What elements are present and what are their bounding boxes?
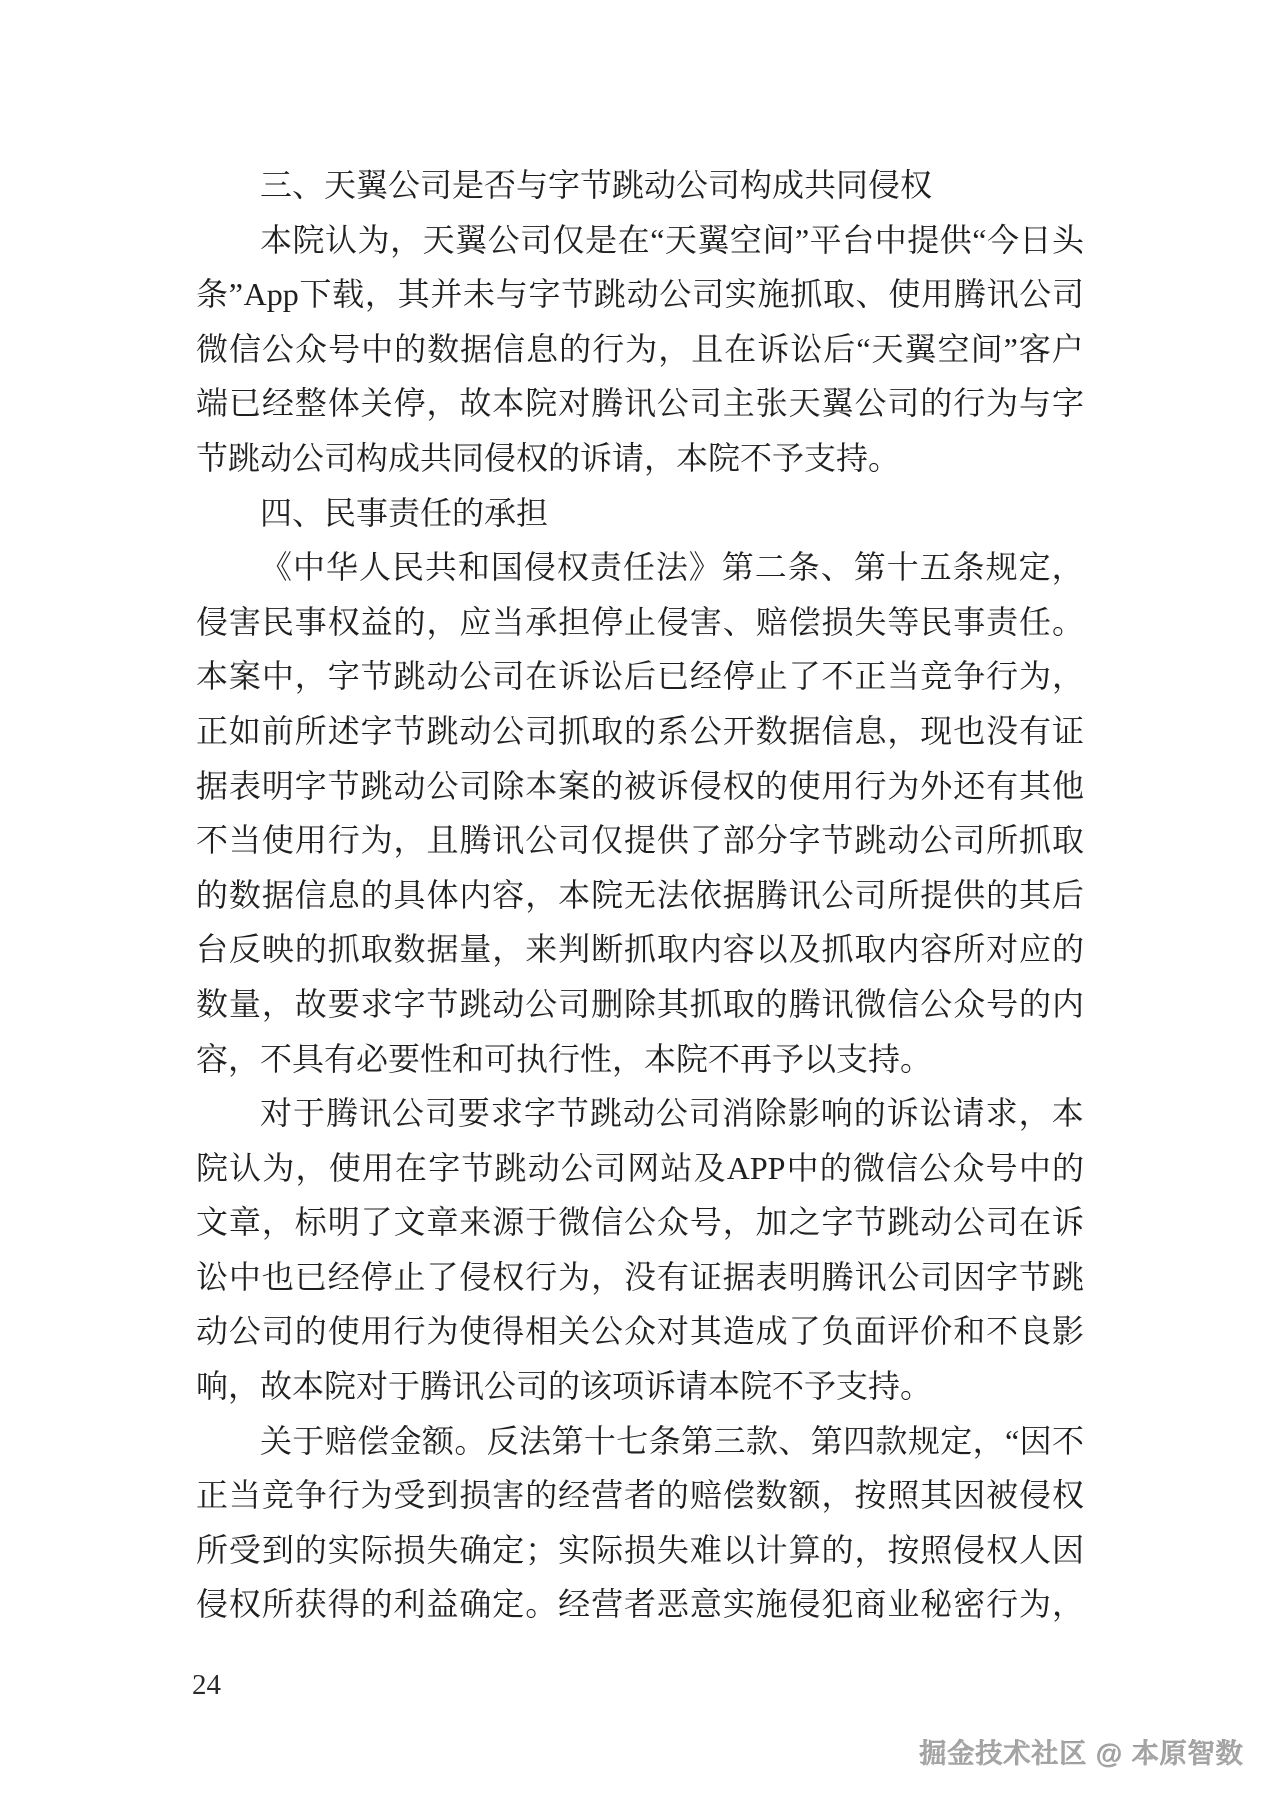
text-line: 动公司的使用行为使得相关公众对其造成了负面评价和不良影 <box>196 1304 1084 1359</box>
text-line: 不当使用行为，且腾讯公司仅提供了部分字节跳动公司所抓取 <box>196 813 1084 868</box>
text-line: 数量，故要求字节跳动公司删除其抓取的腾讯微信公众号的内 <box>196 977 1084 1032</box>
text-line: 文章，标明了文章来源于微信公众号，加之字节跳动公司在诉 <box>196 1195 1084 1250</box>
text-line: 正当竞争行为受到损害的经营者的赔偿数额，按照其因被侵权 <box>196 1468 1084 1523</box>
text-line: 据表明字节跳动公司除本案的被诉侵权的使用行为外还有其他 <box>196 759 1084 814</box>
text-line: 关于赔偿金额。反法第十七条第三款、第四款规定，“因不 <box>196 1414 1084 1469</box>
text-line: 侵权所获得的利益确定。经营者恶意实施侵犯商业秘密行为， <box>196 1577 1084 1632</box>
text-line: 条”App下载，其并未与字节跳动公司实施抓取、使用腾讯公司 <box>196 267 1084 322</box>
watermark-text: 掘金技术社区 @ 本原智数 <box>920 1738 1244 1770</box>
text-line: 的数据信息的具体内容，本院无法依据腾讯公司所提供的其后 <box>196 868 1084 923</box>
text-line: 所受到的实际损失确定；实际损失难以计算的，按照侵权人因 <box>196 1523 1084 1578</box>
text-line: 微信公众号中的数据信息的行为，且在诉讼后“天翼空间”客户 <box>196 322 1084 377</box>
text-line: 讼中也已经停止了侵权行为，没有证据表明腾讯公司因字节跳 <box>196 1250 1084 1305</box>
text-line: 节跳动公司构成共同侵权的诉请，本院不予支持。 <box>196 431 1084 486</box>
text-line: 正如前所述字节跳动公司抓取的系公开数据信息，现也没有证 <box>196 704 1084 759</box>
text-line: 容，不具有必要性和可执行性，本院不再予以支持。 <box>196 1032 1084 1087</box>
document-page: 三、天翼公司是否与字节跳动公司构成共同侵权本院认为，天翼公司仅是在“天翼空间”平… <box>0 0 1280 1810</box>
text-block: 三、天翼公司是否与字节跳动公司构成共同侵权本院认为，天翼公司仅是在“天翼空间”平… <box>196 158 1084 1632</box>
text-line: 院认为，使用在字节跳动公司网站及APP中的微信公众号中的 <box>196 1141 1084 1196</box>
text-line: 台反映的抓取数据量，来判断抓取内容以及抓取内容所对应的 <box>196 922 1084 977</box>
text-line: 本院认为，天翼公司仅是在“天翼空间”平台中提供“今日头 <box>196 213 1084 268</box>
text-line: 《中华人民共和国侵权责任法》第二条、第十五条规定， <box>196 540 1084 595</box>
text-line: 侵害民事权益的，应当承担停止侵害、赔偿损失等民事责任。 <box>196 595 1084 650</box>
text-line: 端已经整体关停，故本院对腾讯公司主张天翼公司的行为与字 <box>196 376 1084 431</box>
heading-line: 四、民事责任的承担 <box>196 486 1084 541</box>
text-line: 对于腾讯公司要求字节跳动公司消除影响的诉讼请求，本 <box>196 1086 1084 1141</box>
text-line: 响，故本院对于腾讯公司的该项诉请本院不予支持。 <box>196 1359 1084 1414</box>
page-number: 24 <box>192 1668 221 1702</box>
text-line: 本案中，字节跳动公司在诉讼后已经停止了不正当竞争行为， <box>196 649 1084 704</box>
heading-line: 三、天翼公司是否与字节跳动公司构成共同侵权 <box>196 158 1084 213</box>
